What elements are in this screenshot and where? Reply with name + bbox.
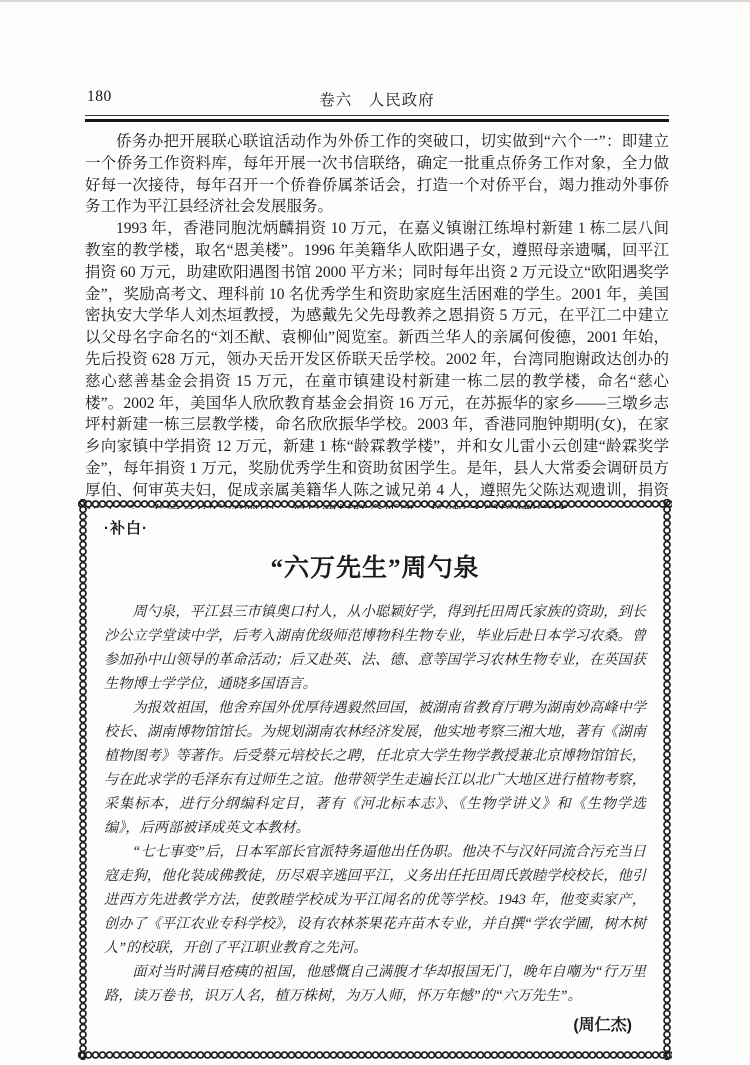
filler-box-text: 周勺泉，平江县三市镇奥口村人，从小聪颖好学，得到托田周氏家族的资助，到长沙公立学… (104, 600, 646, 1038)
box-paragraph: 周勺泉，平江县三市镇奥口村人，从小聪颖好学，得到托田周氏家族的资助，到长沙公立学… (104, 600, 646, 696)
box-paragraph: 面对当时满目疮痍的祖国，他感慨自己满腹才华却报国无门，晚年自嘲为“行万里路，读万… (104, 960, 646, 1008)
header-rule-thick (85, 119, 669, 122)
chain-border-top (78, 499, 672, 509)
body-paragraph: 1993 年，香港同胞沈炳麟捐资 10 万元，在嘉义镇谢江练埠村新建 1 栋二层… (85, 218, 669, 523)
box-paragraph: “七七事变”后，日本军部长官派特务逼他出任伪职。他决不与汉奸同流合污充当日寇走狗… (104, 840, 646, 960)
filler-box-label: ·补白· (104, 517, 646, 538)
chapter-title: 卷六 人民政府 (85, 88, 669, 110)
header-rule-thin (85, 115, 669, 116)
chain-border-left (78, 499, 88, 1060)
box-paragraph: 为报效祖国，他舍弃国外优厚待遇毅然回国，被湖南省教育厅聘为湖南妙高峰中学校长、湖… (104, 696, 646, 840)
filler-box: ·补白· “六万先生”周勺泉 周勺泉，平江县三市镇奥口村人，从小聪颖好学，得到托… (78, 499, 672, 1060)
book-page: 180 卷六 人民政府 侨务办把开展联心联谊活动作为外侨工作的突破口，切实做到“… (0, 0, 750, 1065)
chain-border-bottom (78, 1050, 672, 1060)
body-paragraph: 侨务办把开展联心联谊活动作为外侨工作的突破口，切实做到“六个一”：即建立一个侨务… (85, 131, 669, 218)
main-text-column: 侨务办把开展联心联谊活动作为外侨工作的突破口，切实做到“六个一”：即建立一个侨务… (85, 131, 669, 523)
filler-box-title: “六万先生”周勺泉 (104, 548, 646, 584)
chain-border-right (662, 499, 672, 1060)
filler-box-content: ·补白· “六万先生”周勺泉 周勺泉，平江县三市镇奥口村人，从小聪颖好学，得到托… (88, 509, 662, 1050)
author-attribution: (周仁杰) (104, 1014, 646, 1038)
running-head: 180 卷六 人民政府 (85, 88, 669, 122)
